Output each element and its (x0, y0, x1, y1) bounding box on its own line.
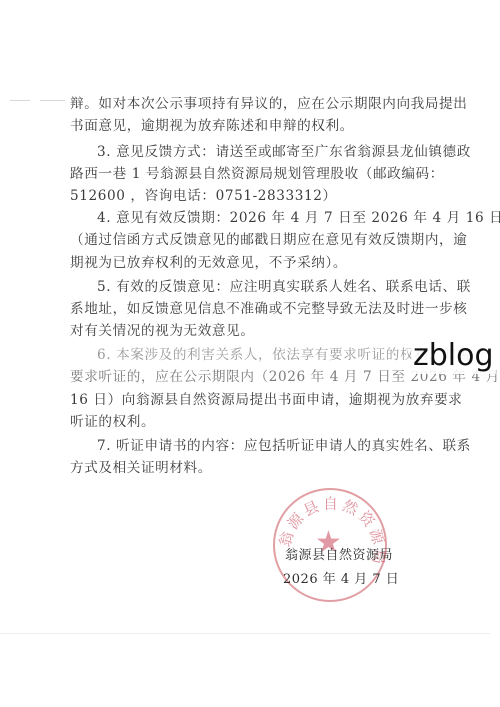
text-line: 路西一巷 1 号翁源县自然资源局规划管理股收（邮政编码： (70, 163, 444, 185)
text-line: 书面意见，逾期视为放弃陈述和申辩的权利。 (70, 115, 354, 137)
text-line: 期视为已放弃权利的无效意见，不予采纳）。 (70, 252, 347, 274)
watermark-logo: zblog (411, 338, 496, 374)
scan-artifact (40, 100, 65, 101)
text-line: 4. 意见有效反馈期：2026 年 4 月 7 日至 2026 年 4 月 16… (97, 207, 500, 229)
text-line: 对有关情况的视为无效意见。 (70, 320, 255, 342)
text-line: 方式及相关证明材料。 (70, 457, 212, 479)
text-line: 7. 听证申请书的内容：应包括听证申请人的真实姓名、联系 (97, 435, 471, 457)
text-line: 16 日）向翁源县自然资源局提出书面申请，逾期视为放弃要求 (70, 389, 462, 411)
text-line: 系地址，如反馈意见信息不准确或不完整导致无法及时进一步核 (70, 298, 467, 320)
text-line: 辩。如对本次公示事项持有异议的，应在公示期限内向我局提出 (70, 93, 467, 115)
signature-organization: 翁源县自然资源局 (285, 547, 393, 565)
document-page: 辩。如对本次公示事项持有异议的，应在公示期限内向我局提出 书面意见，逾期视为放弃… (0, 0, 500, 707)
text-line: 5. 有效的反馈意见：应注明真实联系人姓名、联系电话、联 (97, 276, 471, 298)
text-line: 512600 ，咨询电话：0751-2833312） (70, 185, 337, 207)
scan-artifact (10, 100, 30, 101)
signature-date: 2026 年 4 月 7 日 (283, 571, 399, 589)
text-line: （通过信函方式反馈意见的邮戳日期应在意见有效反馈期内，逾 (70, 229, 467, 251)
scan-artifact (0, 633, 490, 634)
text-line: 3. 意见反馈方式：请送至或邮寄至广东省翁源县龙仙镇德政 (97, 141, 471, 163)
text-line: 听证的权利。 (70, 411, 155, 433)
